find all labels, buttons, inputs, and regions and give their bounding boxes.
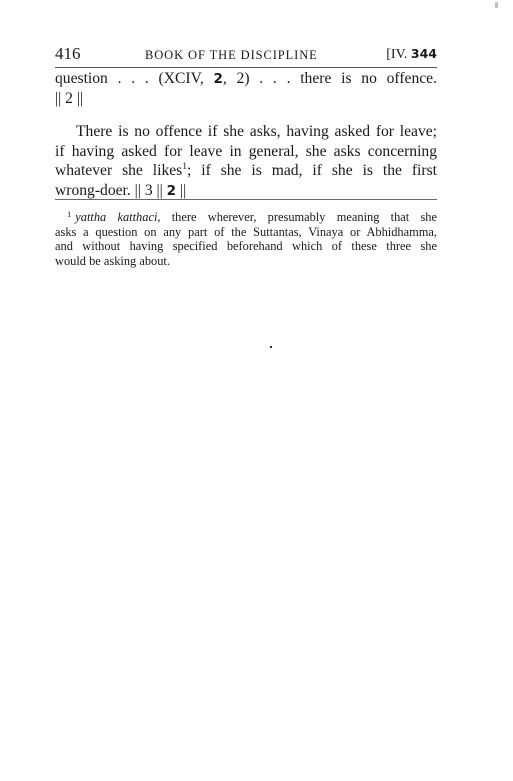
footnote-marker: 1 — [55, 209, 75, 219]
book-title: BOOK OF THE DISCIPLINE — [145, 47, 318, 63]
footnote: 1yattha katthaci, there wherever, presum… — [55, 210, 437, 268]
running-head: 416 BOOK OF THE DISCIPLINE [IV. 344 — [55, 44, 437, 64]
body-text: question . . . (XCIV, 2, 2) . . . there … — [55, 69, 437, 200]
footnote-line-2: asks a question on any part of the Sutta… — [55, 225, 437, 240]
paragraph-2-line-3: whatever she likes1; if she is mad, if s… — [55, 161, 437, 181]
text-run: || — [176, 182, 186, 199]
text-run: wrong-doer. || 3 || — [55, 182, 167, 199]
footnote-line-3: and without having specified beforehand … — [55, 239, 437, 254]
text-run: , 2) . . . there is no offence. — [223, 70, 437, 87]
section-reference: [IV. 344 — [386, 45, 437, 64]
bold-number: 2 — [213, 71, 222, 87]
footnote-line-1: 1yattha katthaci, there wherever, presum… — [55, 210, 437, 225]
paragraph-2-line-1: There is no offence if she asks, having … — [55, 122, 437, 142]
text-run: question . . . (XCIV, — [55, 70, 213, 87]
text-run: , there wherever, presumably meaning tha… — [157, 210, 437, 224]
paragraph-2-line-2: if having asked for leave in general, sh… — [55, 142, 437, 162]
text-run: ; if she is mad, if she is the first — [187, 162, 437, 179]
pali-term: yattha katthaci — [75, 210, 157, 224]
page-number: 416 — [55, 44, 81, 64]
text-run: whatever she likes — [55, 162, 182, 179]
section-prefix: [IV. — [386, 47, 411, 62]
paragraph-2-line-4: wrong-doer. || 3 || 2 || — [55, 181, 437, 201]
paragraph-1-line-2: || 2 || — [55, 89, 437, 109]
footnote-line-4: would be asking about. — [55, 254, 437, 269]
footnote-rule — [55, 199, 437, 200]
paragraph-break — [55, 108, 437, 122]
header-rule — [55, 67, 437, 68]
scan-artifact — [495, 2, 498, 8]
paragraph-1-line-1: question . . . (XCIV, 2, 2) . . . there … — [55, 69, 437, 89]
section-number: 344 — [411, 46, 437, 61]
scan-speck — [270, 346, 272, 348]
book-page: 416 BOOK OF THE DISCIPLINE [IV. 344 ques… — [0, 0, 513, 781]
bold-number: 2 — [167, 183, 176, 199]
